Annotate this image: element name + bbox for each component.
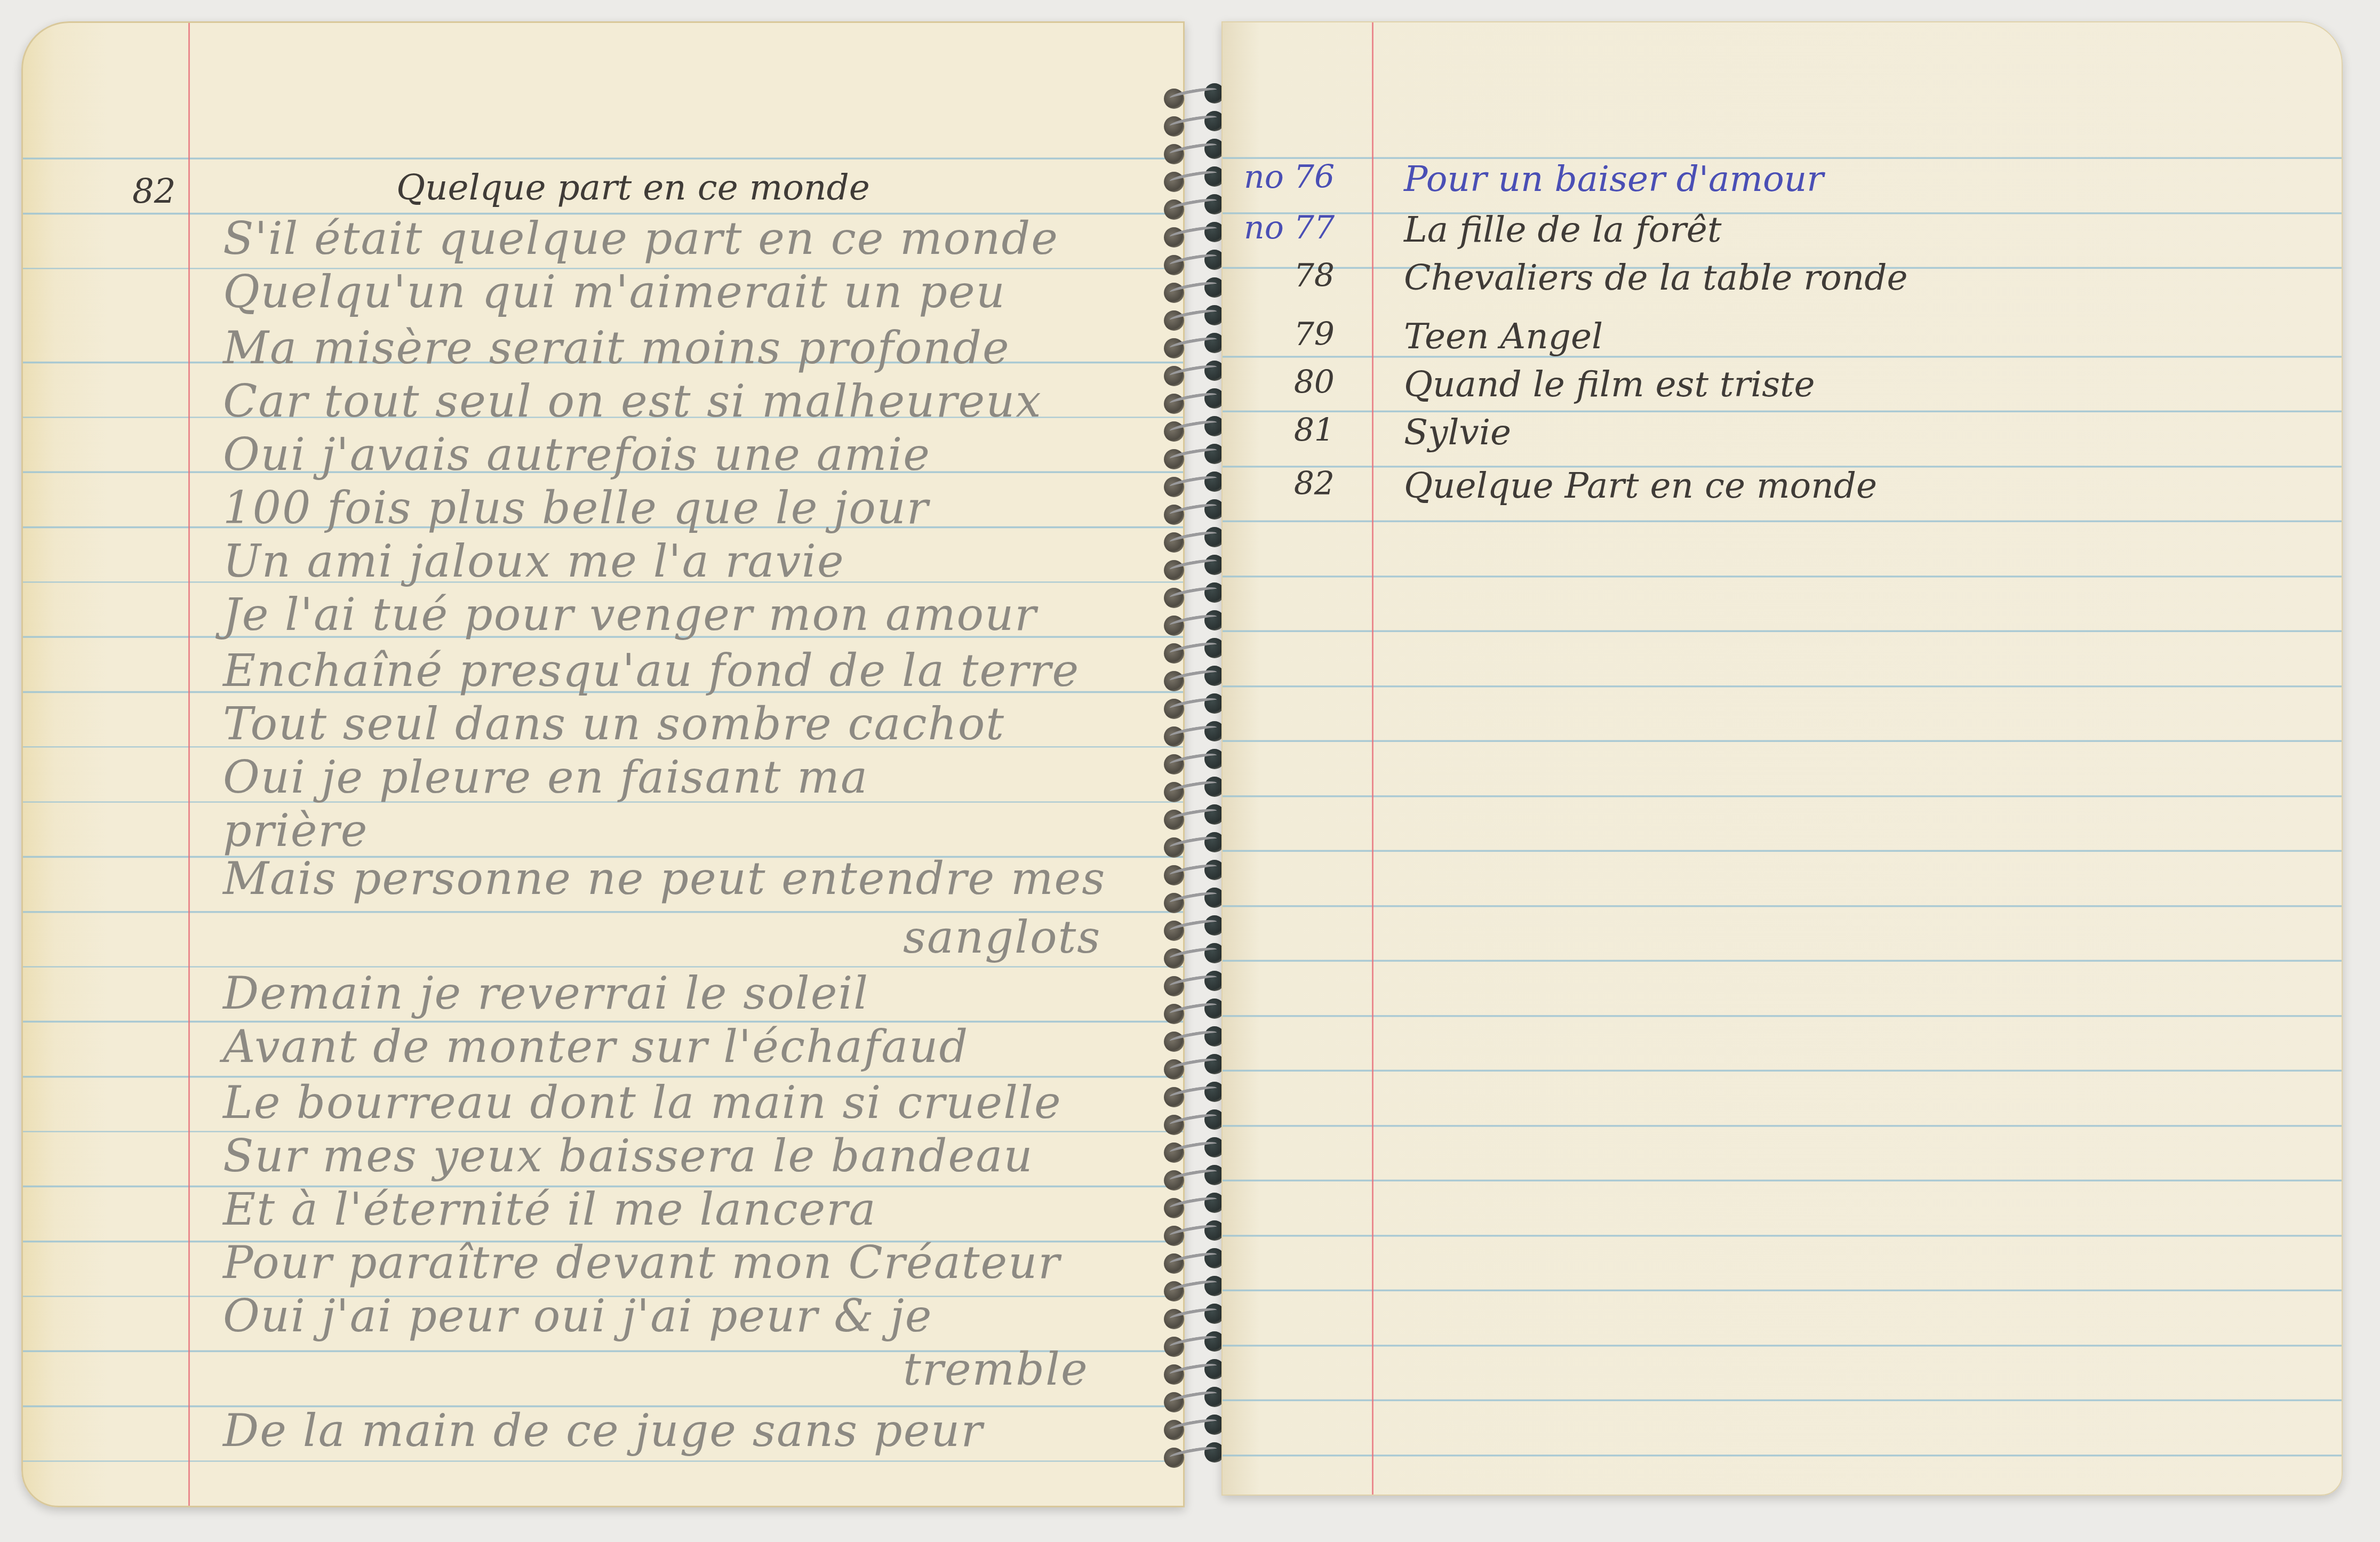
entry-title: Teen Angel — [1404, 316, 1603, 357]
spiral-coil — [1157, 1444, 1227, 1466]
spiral-coil — [1157, 945, 1227, 966]
left-page: 82 Quelque part en ce monde S'il était q… — [21, 21, 1185, 1507]
spiral-coil — [1157, 113, 1227, 134]
entry-number: 80 — [1244, 364, 1335, 401]
spiral-coil — [1157, 1361, 1227, 1383]
spiral-coil — [1157, 446, 1227, 467]
entry-number: 82 — [1244, 465, 1335, 502]
spiral-coil — [1157, 723, 1227, 745]
poem-line: sanglots — [903, 911, 1101, 963]
poem-line: Oui j'ai peur oui j'ai peur & je — [223, 1290, 932, 1342]
spiral-coil — [1157, 279, 1227, 301]
ruled-lines — [1223, 142, 2342, 1495]
spiral-coil — [1157, 1056, 1227, 1077]
red-margin-line — [1372, 22, 1373, 1495]
spiral-binding — [1157, 32, 1227, 1520]
spiral-coil — [1157, 890, 1227, 911]
poem-line: Tout seul dans un sombre cachot — [223, 698, 1005, 750]
spiral-coil — [1157, 1167, 1227, 1188]
spiral-coil — [1157, 1278, 1227, 1299]
entry-number: no 77 — [1244, 209, 1335, 246]
spiral-coil — [1157, 474, 1227, 495]
poem-line: Quelqu'un qui m'aimerait un peu — [223, 266, 1006, 318]
spiral-coil — [1157, 141, 1227, 162]
spiral-coil — [1157, 585, 1227, 606]
spiral-coil — [1157, 335, 1227, 356]
spiral-coil — [1157, 1112, 1227, 1133]
poem-line: Demain je reverrai le soleil — [223, 967, 869, 1019]
spiral-coil — [1157, 696, 1227, 717]
entry-title: Quelque Part en ce monde — [1404, 465, 1877, 506]
spiral-coil — [1157, 557, 1227, 578]
spiral-coil — [1157, 1028, 1227, 1050]
spiral-coil — [1157, 862, 1227, 883]
spiral-coil — [1157, 1417, 1227, 1438]
red-margin-line — [188, 23, 190, 1506]
poem-line: S'il était quelque part en ce monde — [223, 212, 1059, 265]
poem-line: Mais personne ne peut entendre mes — [223, 852, 1106, 905]
poem-line: Le bourreau dont la main si cruelle — [223, 1076, 1062, 1129]
entry-title: Sylvie — [1404, 412, 1511, 453]
spiral-coil — [1157, 1084, 1227, 1105]
poem-line: De la main de ce juge sans peur — [223, 1404, 984, 1457]
spiral-coil — [1157, 85, 1227, 107]
entry-number: 81 — [1244, 412, 1335, 449]
spiral-coil — [1157, 1001, 1227, 1022]
poem-line: Oui j'avais autrefois une amie — [223, 428, 931, 481]
entry-number: no 76 — [1244, 158, 1335, 196]
poem-line: Enchaîné presqu'au fond de la terre — [223, 644, 1080, 697]
spiral-coil — [1157, 973, 1227, 994]
spiral-coil — [1157, 834, 1227, 856]
entry-title: Pour un baiser d'amour — [1404, 158, 1824, 199]
entry-number: 78 — [1244, 257, 1335, 294]
poem-line: Avant de monter sur l'échafaud — [223, 1020, 969, 1073]
spiral-coil — [1157, 1306, 1227, 1327]
spiral-coil — [1157, 307, 1227, 329]
poem-line: Oui je pleure en faisant ma — [223, 751, 868, 803]
spiral-coil — [1157, 169, 1227, 190]
spiral-coil — [1157, 196, 1227, 218]
spiral-coil — [1157, 224, 1227, 245]
poem-title: Quelque part en ce monde — [396, 167, 870, 208]
entry-title: La fille de la forêt — [1404, 209, 1721, 250]
spiral-coil — [1157, 252, 1227, 273]
spiral-coil — [1157, 501, 1227, 523]
entry-title: Quand le film est triste — [1404, 364, 1815, 405]
spiral-coil — [1157, 668, 1227, 689]
poem-line: Car tout seul on est si malheureux — [223, 375, 1042, 427]
poem-line: prière — [223, 804, 368, 857]
spiral-coil — [1157, 1223, 1227, 1244]
poem-line: Ma misère serait moins profonde — [223, 322, 1010, 374]
spiral-coil — [1157, 1333, 1227, 1355]
spiral-coil — [1157, 806, 1227, 828]
spiral-coil — [1157, 612, 1227, 634]
spiral-coil — [1157, 640, 1227, 661]
poem-line: Sur mes yeux baissera le bandeau — [223, 1130, 1033, 1182]
spiral-coil — [1157, 1195, 1227, 1216]
poem-line: Pour paraître devant mon Créateur — [223, 1236, 1060, 1289]
spiral-coil — [1157, 917, 1227, 939]
spiral-coil — [1157, 1250, 1227, 1272]
spiral-coil — [1157, 363, 1227, 384]
spiral-coil — [1157, 1389, 1227, 1410]
spiral-coil — [1157, 1139, 1227, 1161]
entry-title: Chevaliers de la table ronde — [1404, 257, 1907, 298]
poem-line: Je l'ai tué pour venger mon amour — [223, 588, 1037, 641]
page-number: 82 — [132, 172, 175, 212]
spiral-coil — [1157, 529, 1227, 550]
entry-number: 79 — [1244, 316, 1335, 353]
spiral-coil — [1157, 779, 1227, 800]
right-page: no 76Pour un baiser d'amourno 77La fille… — [1221, 21, 2343, 1496]
poem-line: Un ami jaloux me l'a ravie — [223, 535, 845, 587]
spiral-coil — [1157, 751, 1227, 772]
poem-line: 100 fois plus belle que le jour — [223, 482, 929, 534]
poem-line: tremble — [903, 1343, 1089, 1395]
spiral-coil — [1157, 418, 1227, 440]
spiral-coil — [1157, 390, 1227, 412]
poem-line: Et à l'éternité il me lancera — [223, 1183, 877, 1235]
